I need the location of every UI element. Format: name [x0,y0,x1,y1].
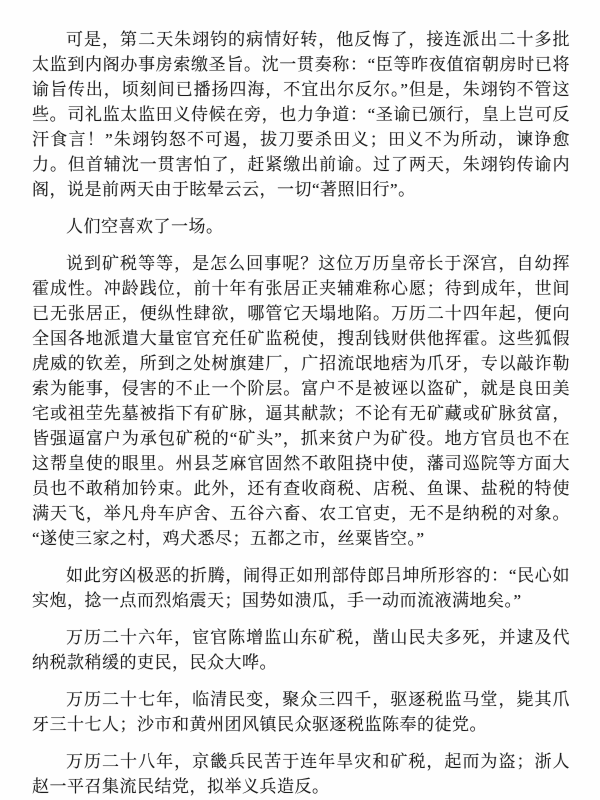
paragraph: 万历二十八年，京畿兵民苦于连年旱灾和矿税，起而为盗；浙人赵一平召集流民结党，拟举… [32,749,570,799]
paragraph: 如此穷凶极恶的折腾，闹得正如刑部侍郎吕坤所形容的：“民心如实炮，捻一点而烈焰震天… [32,563,570,613]
text-column: 可是，第二天朱翊钧的病情好转，他反悔了，接连派出二十多批太监到内阁办事房索缴圣旨… [32,27,570,799]
page: 可是，第二天朱翊钧的病情好转，他反悔了，接连派出二十多批太监到内阁办事房索缴圣旨… [0,0,600,800]
paragraph: 万历二十六年，宦官陈增监山东矿税，凿山民夫多死，并逮及代纳税款稍缓的吏民，民众大… [32,625,570,675]
paragraph: 说到矿税等等，是怎么回事呢？这位万历皇帝长于深宫，自幼挥霍成性。冲龄践位，前十年… [32,251,570,551]
paragraph: 人们空喜欢了一场。 [32,214,570,239]
paragraph: 万历二十七年，临清民变，聚众三四千，驱逐税监马堂，毙其爪牙三十七人；沙市和黄州团… [32,687,570,737]
paragraph: 可是，第二天朱翊钧的病情好转，他反悔了，接连派出二十多批太监到内阁办事房索缴圣旨… [32,27,570,202]
